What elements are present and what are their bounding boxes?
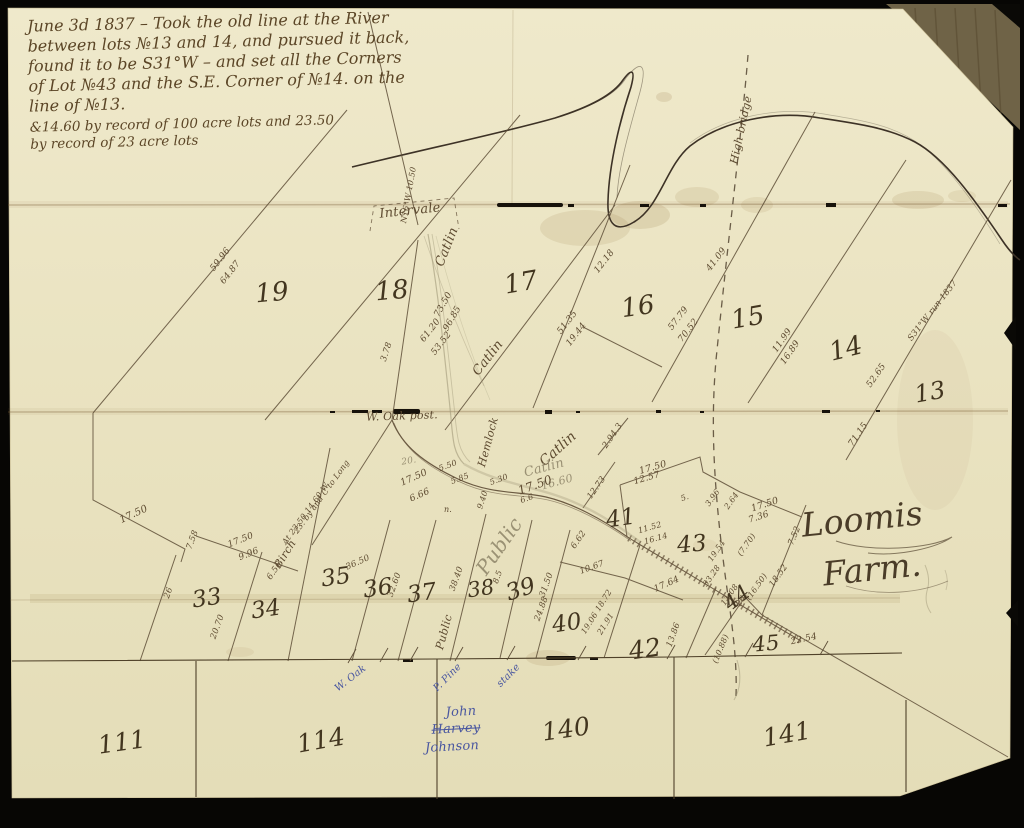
lot-number-140: 140	[540, 713, 591, 744]
corner-marker-oak-post: W. Oak post.	[366, 409, 438, 422]
lot-number-13: 13	[913, 377, 948, 406]
owner-signature-line1: John	[445, 705, 476, 720]
lot-number-40: 40	[551, 611, 584, 638]
owner-signature-line3: Johnson	[425, 739, 480, 755]
farm-name-line2: Farm.	[821, 547, 923, 590]
owner-signature-line2: Harvey	[431, 721, 481, 737]
lot-number-16: 16	[620, 292, 657, 322]
lot-number-111: 111	[96, 726, 147, 757]
measurement-label: n.	[444, 506, 452, 514]
lot-number-15: 15	[729, 302, 766, 333]
lot-number-33: 33	[191, 586, 224, 613]
lot-number-18: 18	[374, 277, 410, 306]
lot-number-41: 41	[605, 506, 638, 533]
lot-number-37: 37	[406, 581, 439, 608]
survey-map-photo: June 3d 1837 – Took the old line at the …	[0, 0, 1024, 828]
lot-number-17: 17	[502, 267, 539, 298]
lot-number-43: 43	[676, 532, 708, 557]
lot-number-42: 42	[627, 634, 662, 663]
lot-number-45: 45	[752, 632, 781, 655]
lot-number-14: 14	[827, 332, 866, 365]
lot-number-34: 34	[250, 597, 283, 624]
lot-number-19: 19	[254, 279, 290, 308]
survey-note: June 3d 1837 – Took the old line at the …	[27, 7, 411, 116]
